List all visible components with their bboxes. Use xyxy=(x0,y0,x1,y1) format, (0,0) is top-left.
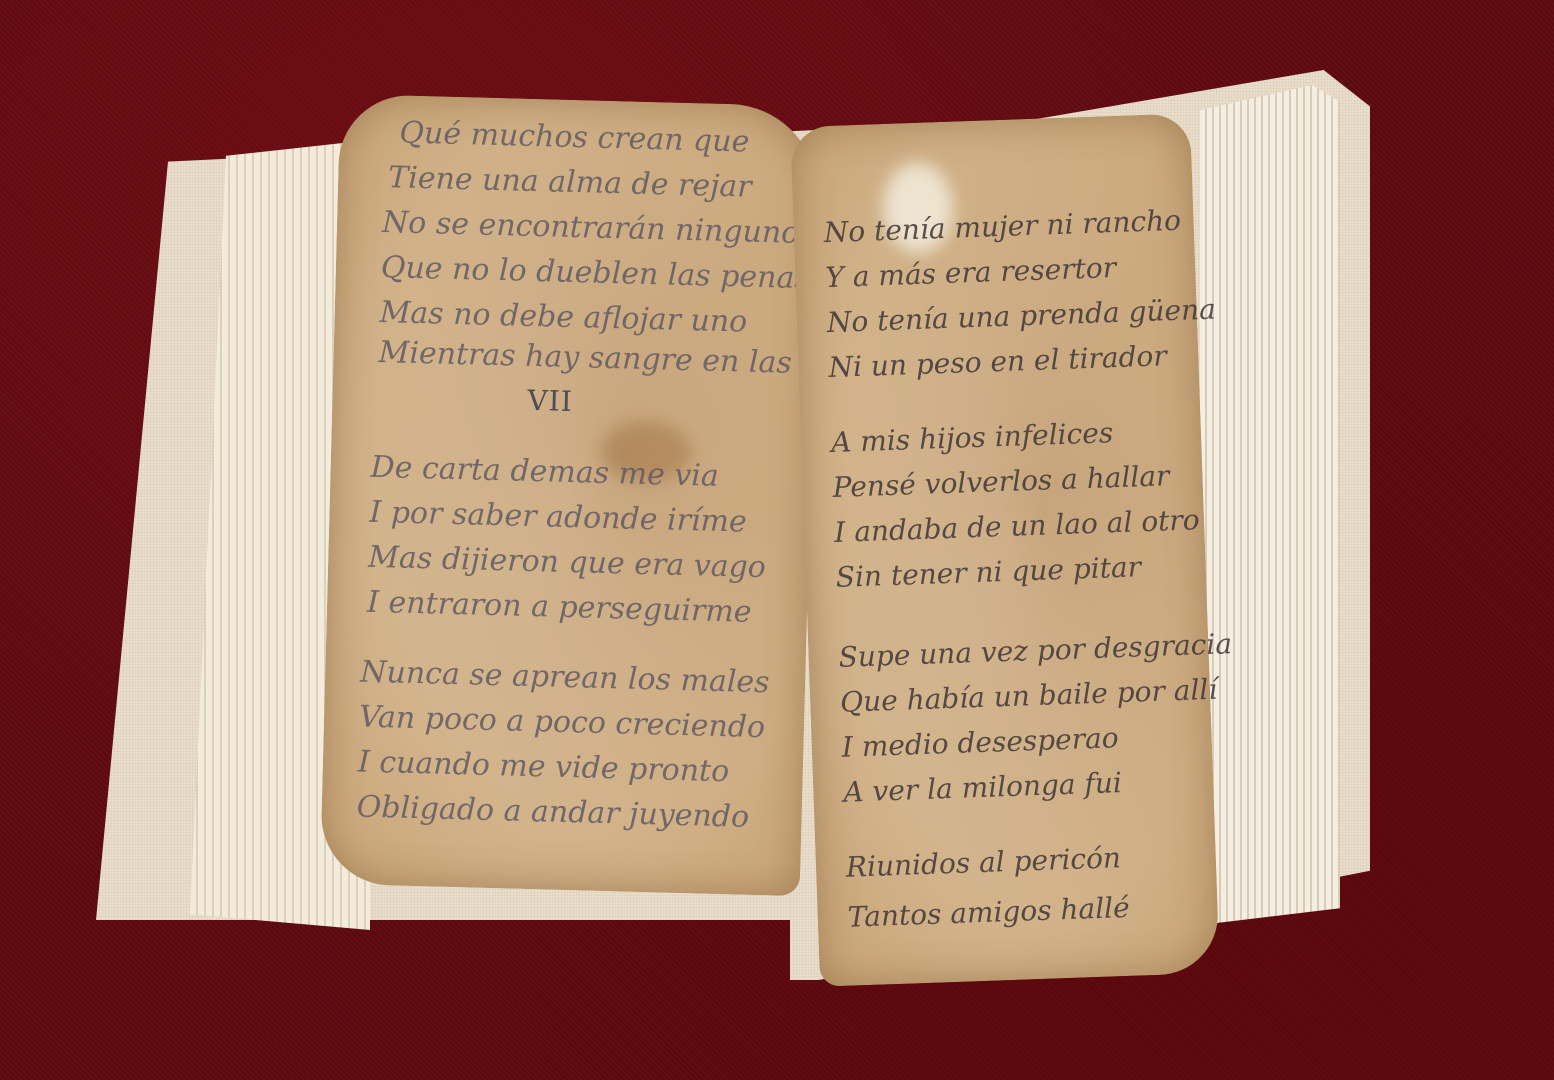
left-page: Qué muchos crean que Tiene una alma de r… xyxy=(320,94,821,896)
handwritten-line: No se encontrarán ninguno xyxy=(382,205,800,251)
handwritten-line: No tenía una prenda güena xyxy=(826,293,1216,340)
handwritten-line: Nunca se aprean los males xyxy=(360,655,770,701)
handwritten-line: Tiene una alma de rejar xyxy=(388,160,752,205)
handwritten-line: A ver la milonga fui xyxy=(843,766,1123,809)
handwritten-line: Mas dijieron que era vago xyxy=(368,540,766,585)
handwritten-line: No tenía mujer ni rancho xyxy=(823,204,1181,249)
handwritten-line: I andaba de un lao al otro xyxy=(834,503,1200,549)
handwritten-line: I entraron a perseguirme xyxy=(367,585,752,630)
handwritten-line: Obligado a andar juyendo xyxy=(356,790,749,835)
handwritten-line: Riunidos al pericón xyxy=(845,841,1121,884)
handwritten-line: Mas no debe aflojar uno xyxy=(379,295,747,340)
handwritten-line: A mis hijos infelices xyxy=(831,416,1114,459)
handwritten-line: I medio desesperao xyxy=(841,721,1119,764)
chapter-number: VII xyxy=(527,384,573,418)
handwritten-line: I cuando me vide pronto xyxy=(357,745,729,790)
handwritten-line: Supe una vez por desgracia xyxy=(838,627,1232,674)
handwritten-line: Y a más era resertor xyxy=(825,251,1117,294)
handwritten-line: Pensé volverlos a hallar xyxy=(832,459,1170,504)
handwritten-line: Qué muchos crean que xyxy=(399,115,750,159)
page-edges-right xyxy=(1200,85,1340,925)
handwritten-line: Tantos amigos hallé xyxy=(847,891,1130,934)
handwritten-line: Que había un baile por allí xyxy=(840,673,1218,719)
right-page: No tenía mujer ni rancho Y a más era res… xyxy=(790,113,1220,986)
handwritten-line: I por saber adonde iríme xyxy=(369,495,747,540)
handwritten-line: Sin tener ni que pitar xyxy=(835,550,1141,594)
handwritten-line: Que no lo dueblen las penas xyxy=(380,250,810,296)
handwritten-line: Van poco a poco creciendo xyxy=(359,700,766,746)
handwritten-line: Ni un peso en el tirador xyxy=(828,339,1167,384)
